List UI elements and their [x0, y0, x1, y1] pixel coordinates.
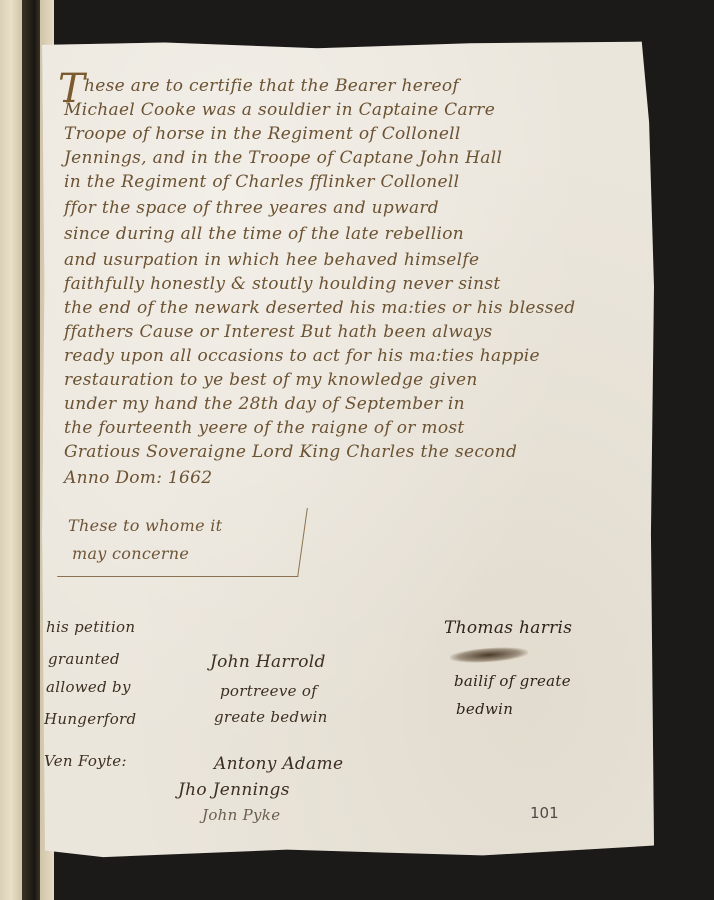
body-line: Troope of horse in the Regiment of Collo… [64, 124, 461, 144]
manuscript-sheet: T hese are to certifie that the Bearer h… [42, 40, 654, 862]
body-line: ffor the space of three yeares and upwar… [64, 198, 439, 218]
signature-line: Hungerford [44, 710, 136, 728]
body-line: under my hand the 28th day of September … [64, 394, 465, 414]
signature-line: bedwin [456, 700, 513, 718]
signature-line: John Pyke [202, 806, 280, 824]
body-line: the end of the newark deserted his ma:ti… [64, 298, 575, 318]
body-line: in the Regiment of Charles fflinker Coll… [64, 172, 459, 192]
signature-line: graunted [48, 650, 120, 668]
signature-line: John Harrold [210, 652, 326, 672]
signature-line: allowed by [46, 678, 131, 696]
signature-line: Ven Foyte: [44, 752, 127, 770]
signature-line: bailif of greate [454, 672, 571, 690]
body-line: Anno Dom: 1662 [64, 468, 212, 488]
body-line: hese are to certifie that the Bearer her… [84, 76, 459, 96]
body-line: Jennings, and in the Troope of Captane J… [64, 148, 502, 168]
body-line: Michael Cooke was a souldier in Captaine… [64, 100, 495, 120]
ink-blot [450, 645, 529, 664]
signature-line: portreeve of [220, 682, 317, 700]
signature-line: Jho Jennings [178, 780, 290, 800]
addressee-line: These to whome it [68, 516, 222, 535]
signature-line: Thomas harris [444, 618, 572, 638]
signature-line: Antony Adame [214, 754, 343, 774]
body-line: restauration to ye best of my knowledge … [64, 370, 478, 390]
addressee-line: may concerne [72, 544, 189, 563]
book-binding-edge [0, 0, 22, 900]
folio-number: 101 [530, 804, 559, 822]
body-line: Gratious Soveraigne Lord King Charles th… [64, 442, 517, 462]
body-line: faithfully honestly & stoutly houlding n… [64, 274, 501, 294]
signature-line: greate bedwin [214, 708, 328, 726]
body-line: and usurpation in which hee behaved hims… [64, 250, 479, 270]
body-line: the fourteenth yeere of the raigne of or… [64, 418, 465, 438]
body-line: ready upon all occasions to act for his … [64, 346, 540, 366]
body-line: since during all the time of the late re… [64, 224, 464, 244]
signature-line: his petition [46, 618, 135, 636]
body-line: ffathers Cause or Interest But hath been… [64, 322, 493, 342]
